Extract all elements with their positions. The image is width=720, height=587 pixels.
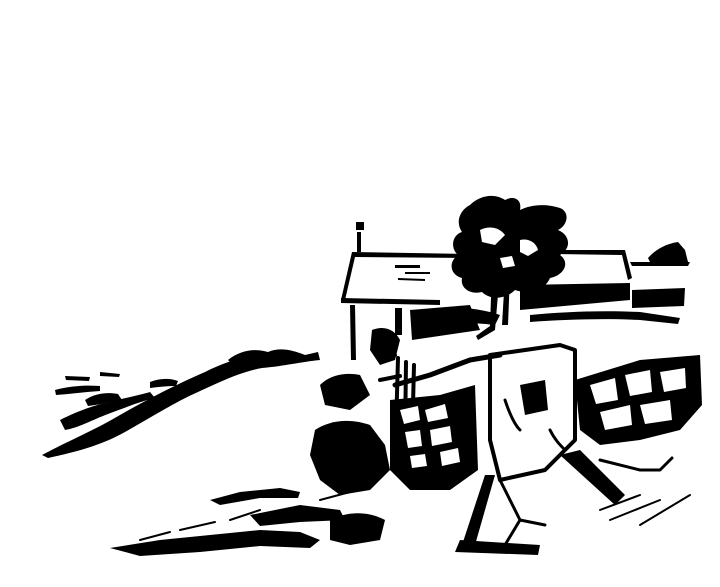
- ink-landscape-drawing: [0, 0, 720, 587]
